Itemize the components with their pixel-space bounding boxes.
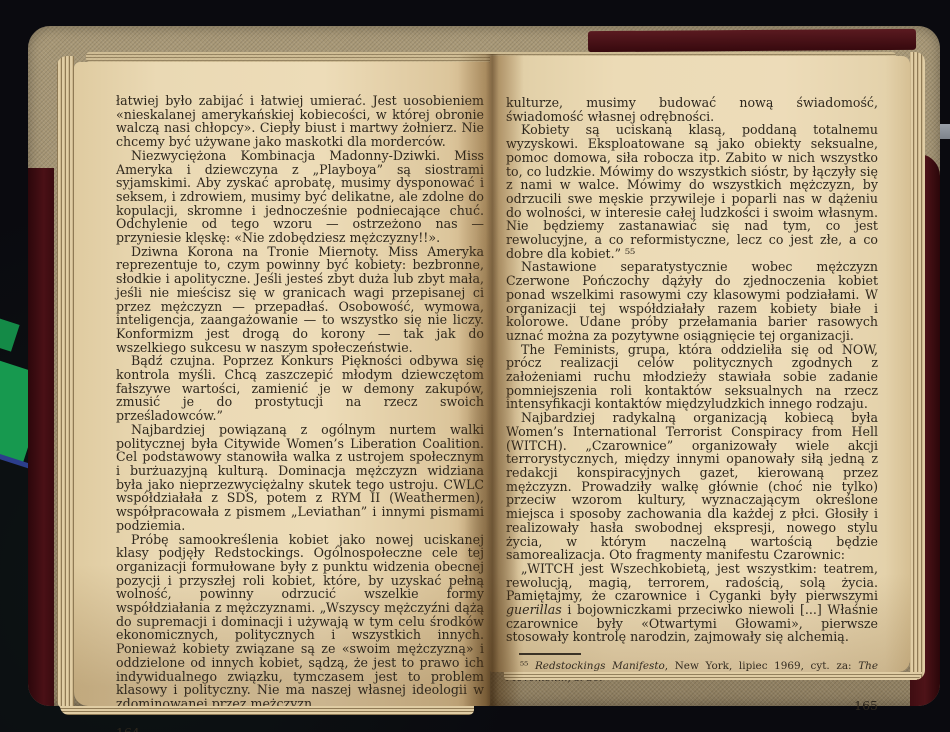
- photo-background: łatwiej było zabijać i łatwiej umierać. …: [0, 0, 950, 732]
- quote-text: „WITCH jest Wszechkobietą, jest wszystki…: [506, 561, 878, 603]
- paragraph: Niezwyciężona Kombinacja Madonny-Dziwki.…: [116, 149, 484, 245]
- left-page-number: 164: [116, 726, 484, 732]
- footnote-marker: ⁵⁵: [520, 660, 535, 672]
- paragraph: kulturze, musimy budować nową świadomość…: [506, 96, 878, 123]
- right-page: kulturze, musimy budować nową świadomość…: [490, 56, 910, 672]
- paragraph-with-italic: „WITCH jest Wszechkobietą, jest wszystki…: [506, 562, 878, 644]
- right-page-text: kulturze, musimy budować nową świadomość…: [506, 96, 878, 712]
- cover-maroon-left-edge: [28, 168, 54, 706]
- right-page-number: 165: [506, 699, 878, 713]
- paragraph: The Feminists, grupa, która oddzieliła s…: [506, 343, 878, 412]
- paragraph: Najbardziej powiązaną z ogólnym nurtem w…: [116, 423, 484, 533]
- paragraph: Próbę samookreślenia kobiet jako nowej u…: [116, 533, 484, 711]
- paragraph: Dziwna Korona na Tronie Miernoty. Miss A…: [116, 245, 484, 355]
- cover-maroon-top-strip: [588, 29, 916, 52]
- paragraph: Bądź czujna. Poprzez Konkurs Piękności o…: [116, 354, 484, 423]
- paragraph: Kobiety są uciskaną klasą, poddaną total…: [506, 123, 878, 260]
- footnote-title: Redstockings Manifesto: [535, 660, 665, 672]
- footnote: ⁵⁵ Redstockings Manifesto, New York, lip…: [506, 660, 878, 684]
- paragraph: Nastawione separatystycznie wobec mężczy…: [506, 260, 878, 342]
- left-page: łatwiej było zabijać i łatwiej umierać. …: [74, 62, 490, 706]
- green-accent-sliver: [0, 316, 20, 351]
- paragraph: łatwiej było zabijać i łatwiej umierać. …: [116, 94, 484, 149]
- paragraph: Najbardziej radykalną organizacją kobiec…: [506, 411, 878, 562]
- footnote-citation: , New York, lipiec 1969, cyt. za:: [665, 660, 858, 672]
- quote-text: i bojowniczkami przeciwko niewoli [...] …: [506, 602, 878, 644]
- footnote-rule: [519, 653, 581, 655]
- book: łatwiej było zabijać i łatwiej umierać. …: [28, 26, 940, 706]
- left-page-text: łatwiej było zabijać i łatwiej umierać. …: [116, 94, 484, 732]
- footnote-page-ref: , s. 50.: [568, 672, 603, 684]
